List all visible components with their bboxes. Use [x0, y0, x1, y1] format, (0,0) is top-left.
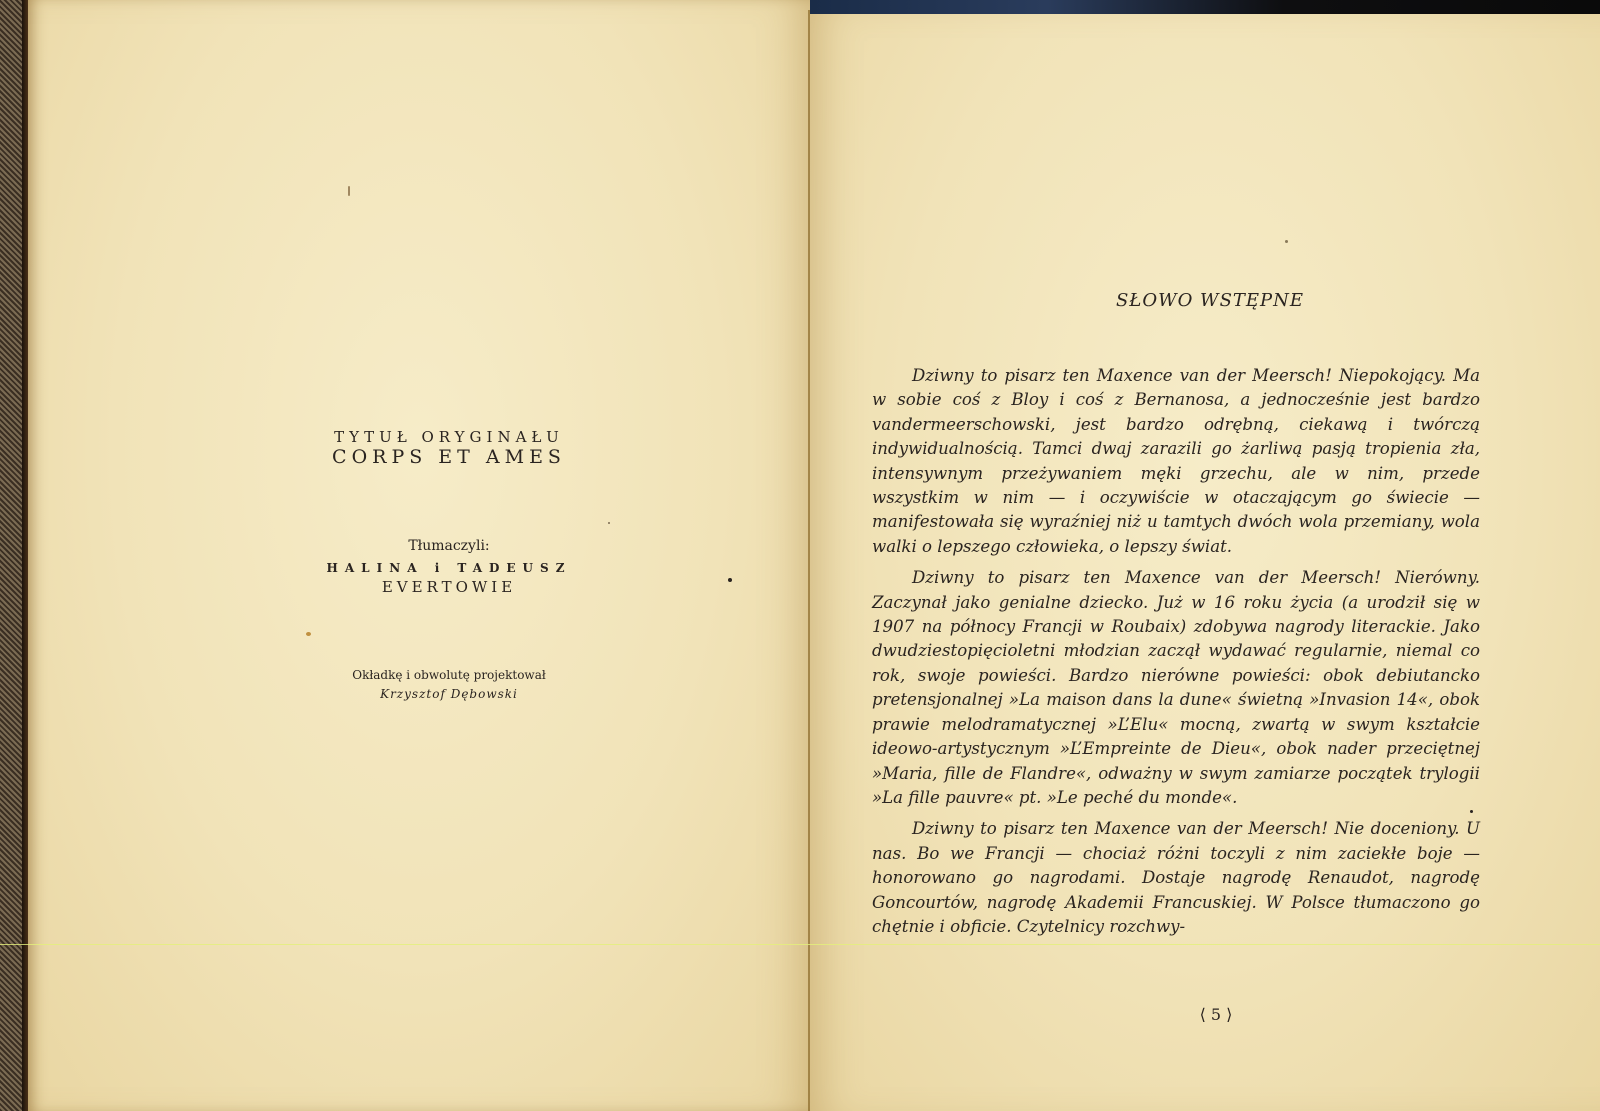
paper-speck	[306, 632, 311, 636]
preface-body: Dziwny to pisarz ten Maxence van der Mee…	[872, 364, 1480, 946]
translators-label: Tłumaczyli:	[58, 538, 840, 554]
preface-paragraph: Dziwny to pisarz ten Maxence van der Mee…	[872, 566, 1480, 810]
original-title-label: TYTUŁ ORYGINAŁU	[58, 428, 840, 446]
paper-speck	[1470, 810, 1473, 813]
preface-paragraph: Dziwny to pisarz ten Maxence van der Mee…	[872, 364, 1480, 559]
cover-design-label: Okładkę i obwolutę projektował	[58, 668, 840, 682]
preface-paragraph: Dziwny to pisarz ten Maxence van der Mee…	[872, 817, 1480, 939]
original-title: CORPS ET AMES	[58, 446, 840, 468]
cover-designer: Krzysztof Dębowski	[58, 687, 840, 701]
preface-title: SŁOWO WSTĘPNE	[810, 290, 1600, 311]
book-spread: TYTUŁ ORYGINAŁU CORPS ET AMES Tłumaczyli…	[0, 0, 1600, 1111]
paper-speck	[348, 186, 350, 196]
translators-names: HALINA i TADEUSZ	[58, 561, 840, 575]
paper-speck	[728, 578, 732, 582]
scan-artifact-line	[0, 944, 1600, 945]
paper-speck	[1285, 240, 1288, 243]
page-number: ⟨ 5 ⟩	[816, 1005, 1600, 1024]
paper-speck	[608, 522, 610, 524]
book-gutter	[808, 10, 810, 1111]
translators-surname: EVERTOWIE	[58, 578, 840, 596]
